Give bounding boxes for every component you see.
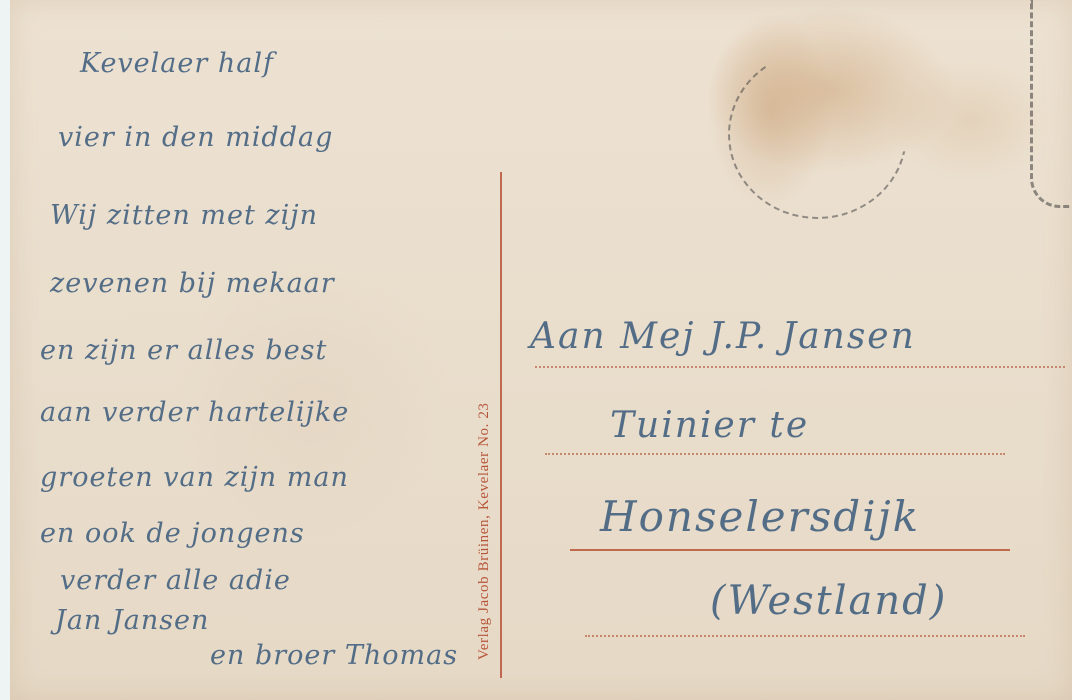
message-line: en ook de jongens	[40, 518, 305, 549]
message-line: Kevelaer half	[80, 48, 274, 79]
address-line-rule	[535, 366, 1065, 368]
message-line: verder alle adie	[60, 565, 291, 596]
postcard-back: Verlag Jacob Brüinen, Kevelaer No. 23 Ke…	[10, 0, 1072, 700]
message-line: zevenen bij mekaar	[50, 268, 335, 299]
signature-secondary: en broer Thomas	[210, 640, 458, 671]
postmark-edge-icon	[1030, 0, 1072, 208]
address-line-rule	[585, 635, 1025, 637]
address-solid-rule	[570, 549, 1010, 551]
address-line-rule	[545, 453, 1005, 455]
address-occupation: Tuinier te	[610, 405, 809, 446]
message-line: en zijn er alles best	[40, 335, 327, 366]
address-recipient: Aan Mej J.P. Jansen	[530, 316, 916, 357]
publisher-imprint: Verlag Jacob Brüinen, Kevelaer No. 23	[476, 402, 493, 660]
message-line: aan verder hartelijke	[40, 397, 349, 428]
postmark-circle-icon	[728, 50, 907, 219]
address-town: Honselersdijk	[600, 492, 920, 541]
address-region: (Westland)	[710, 578, 947, 624]
message-line: vier in den middag	[58, 122, 333, 153]
center-divider	[500, 172, 502, 678]
message-line: groeten van zijn man	[40, 462, 349, 493]
message-line: Wij zitten met zijn	[50, 200, 318, 231]
signature: Jan Jansen	[55, 605, 209, 636]
